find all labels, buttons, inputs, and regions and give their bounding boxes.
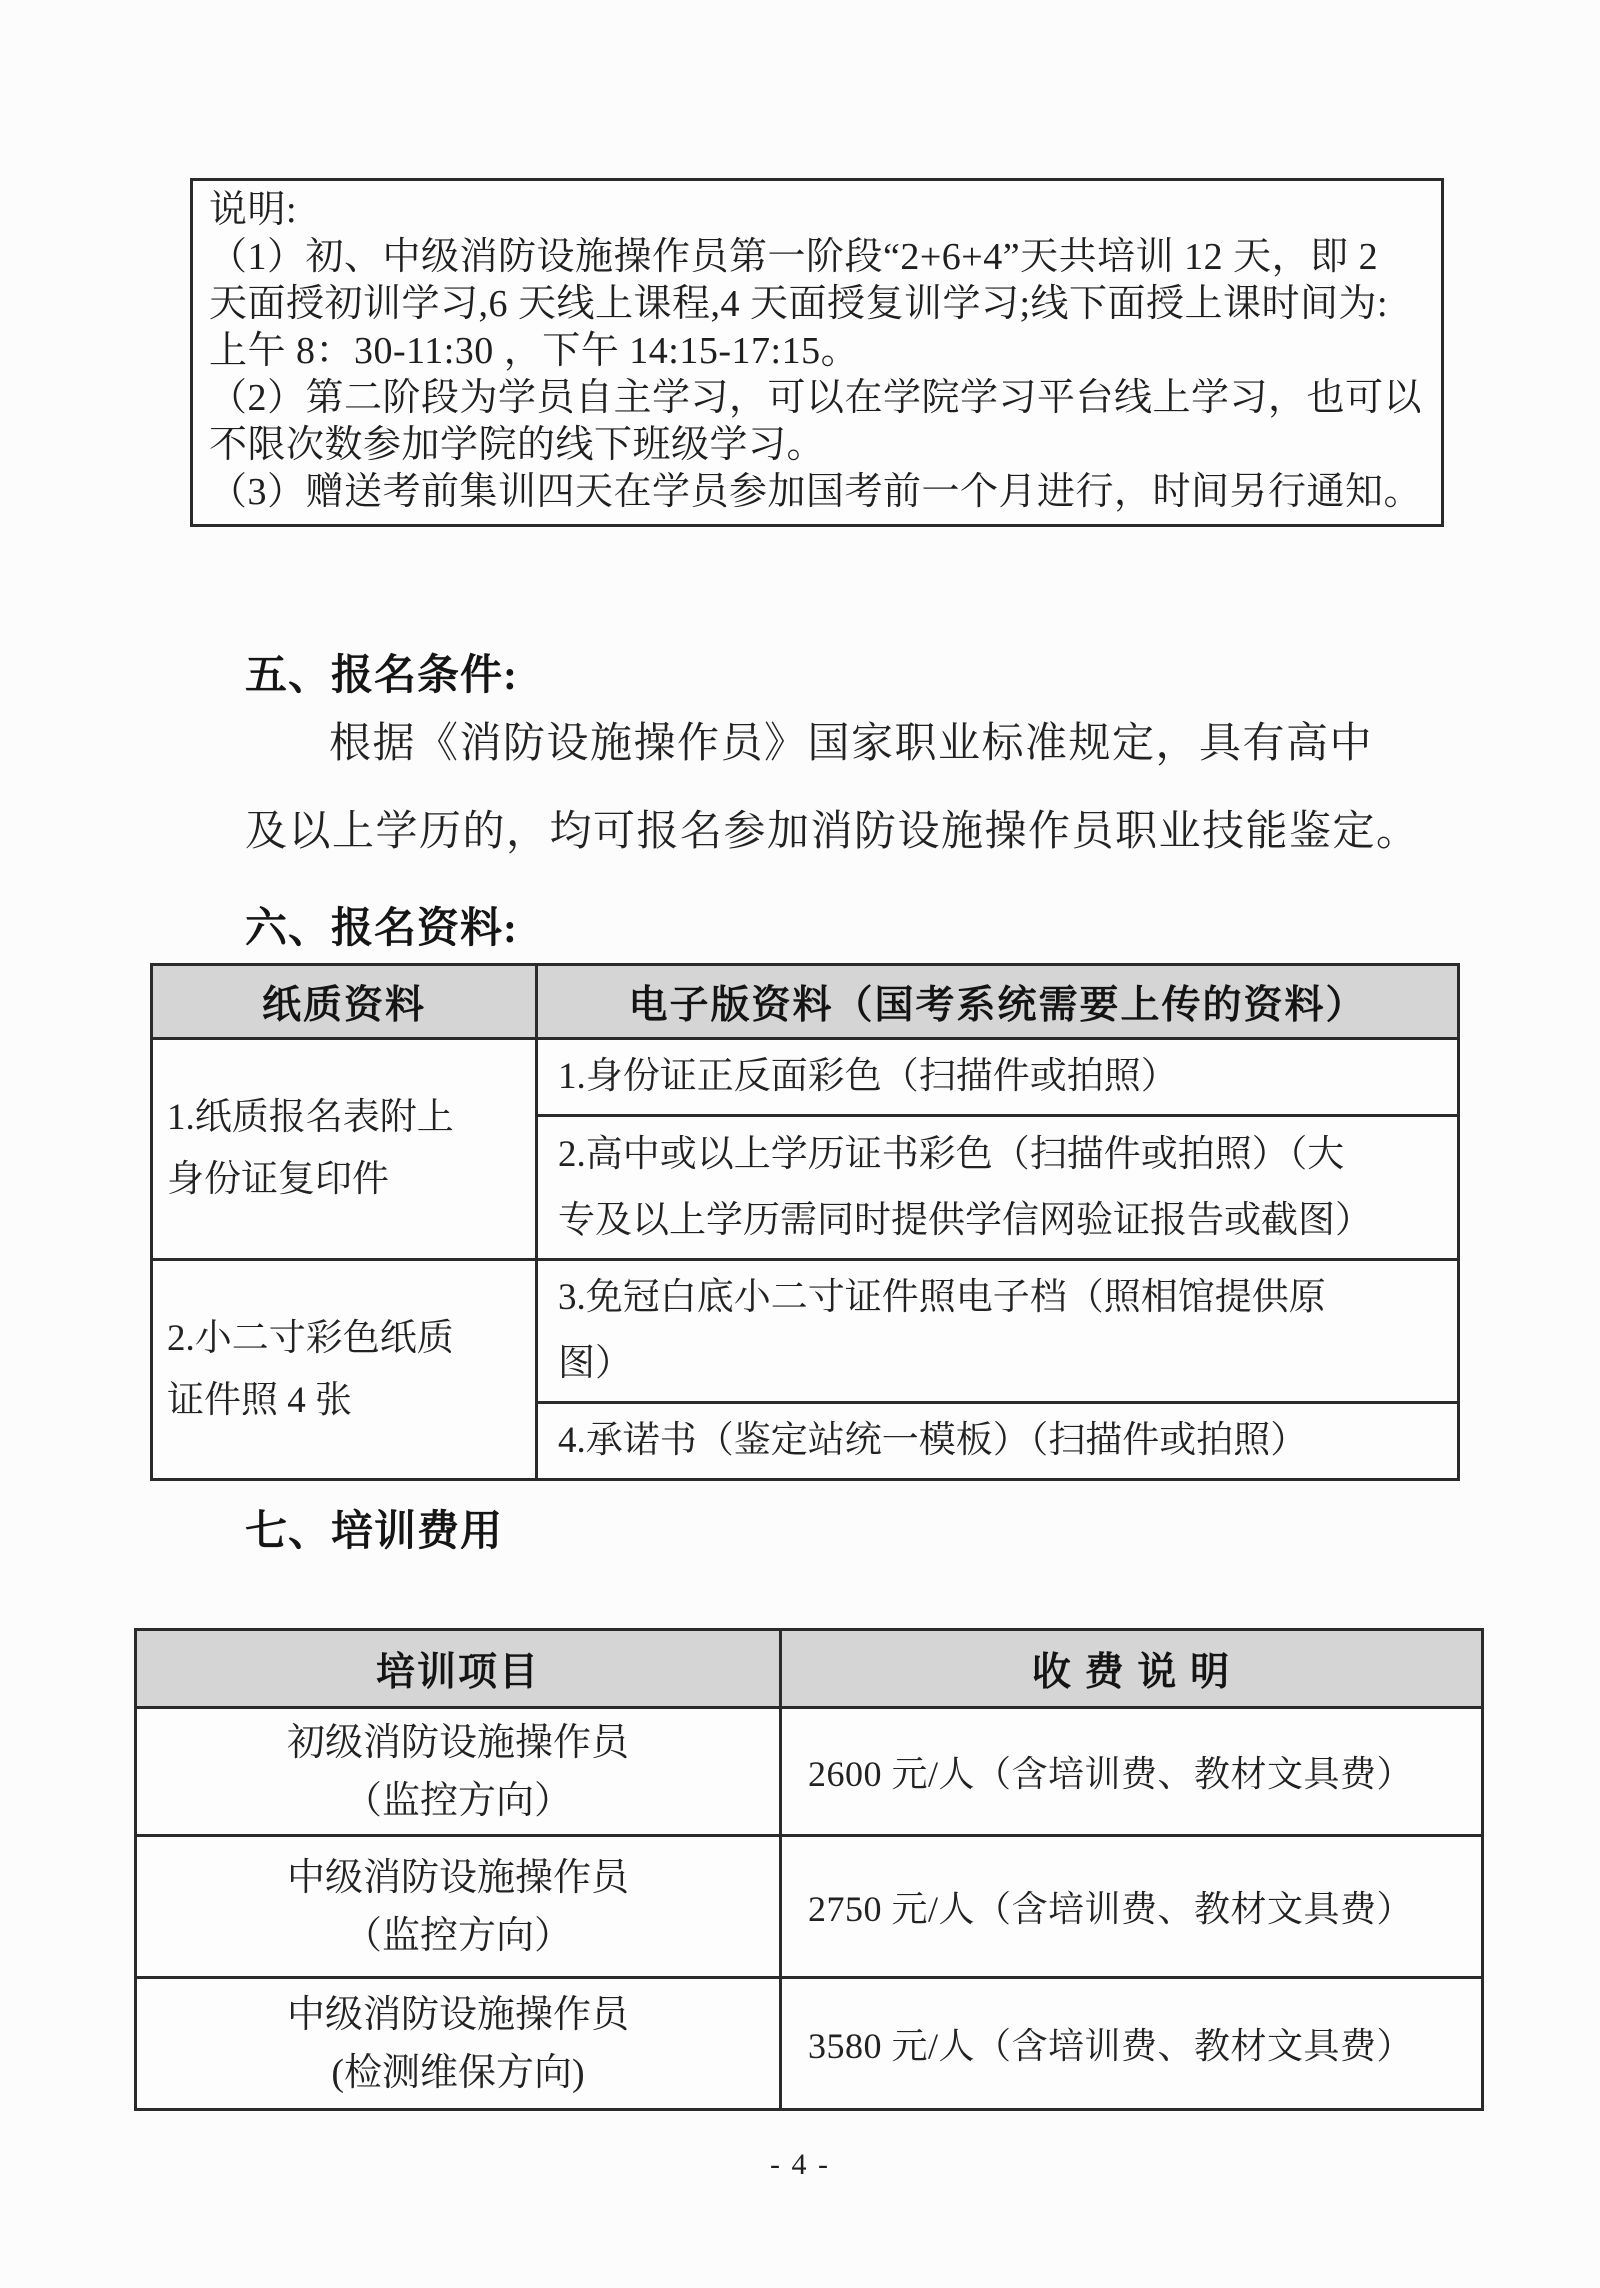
table-row: 中级消防设施操作员 （监控方向） 2750 元/人（含培训费、教材文具费）	[136, 1836, 1483, 1978]
t2-item-3-line-1: 中级消防设施操作员	[143, 1986, 773, 2044]
document-page: 说明: （1）初、中级消防设施操作员第一阶段“2+6+4”天共培训 12 天，即…	[0, 0, 1600, 2288]
t2-item-1: 初级消防设施操作员 （监控方向）	[136, 1708, 781, 1836]
t1-paper-item-1-line-1: 1.纸质报名表附上	[167, 1087, 527, 1149]
t1-paper-item-2: 2.小二寸彩色纸质 证件照 4 张	[152, 1260, 537, 1480]
t1-header-digital: 电子版资料（国考系统需要上传的资料）	[537, 965, 1459, 1039]
t1-digital-item-4: 4.承诺书（鉴定站统一模板）（扫描件或拍照）	[537, 1403, 1459, 1480]
note-line-title: 说明:	[209, 187, 1427, 234]
t1-digital-item-3-line-2: 图）	[558, 1331, 1451, 1397]
t2-item-2: 中级消防设施操作员 （监控方向）	[136, 1836, 781, 1978]
t1-digital-item-4-line-1: 4.承诺书（鉴定站统一模板）（扫描件或拍照）	[558, 1408, 1451, 1474]
table-row: 中级消防设施操作员 (检测维保方向) 3580 元/人（含培训费、教材文具费）	[136, 1978, 1483, 2110]
section-6-heading: 六、报名资料:	[245, 895, 518, 955]
notes-box: 说明: （1）初、中级消防设施操作员第一阶段“2+6+4”天共培训 12 天，即…	[190, 178, 1444, 527]
t1-digital-item-1-line-1: 1.身份证正反面彩色（扫描件或拍照）	[558, 1044, 1451, 1110]
table-row: 2.小二寸彩色纸质 证件照 4 张 3.免冠白底小二寸证件照电子档（照相馆提供原…	[152, 1260, 1459, 1403]
note-line-5: 不限次数参加学院的线下班级学习。	[209, 422, 1427, 469]
table-row: 初级消防设施操作员 （监控方向） 2600 元/人（含培训费、教材文具费）	[136, 1708, 1483, 1836]
t2-header-item: 培训项目	[136, 1630, 781, 1708]
training-fees-table: 培训项目 收 费 说 明 初级消防设施操作员 （监控方向） 2600 元/人（含…	[134, 1628, 1484, 2111]
section-5-heading: 五、报名条件:	[245, 642, 518, 702]
t1-digital-item-3-line-1: 3.免冠白底小二寸证件照电子档（照相馆提供原	[558, 1265, 1451, 1331]
note-line-3: 上午 8：30-11:30 ，下午 14:15-17:15。	[209, 328, 1427, 375]
t2-item-1-line-2: （监控方向）	[143, 1772, 773, 1830]
t1-digital-item-2: 2.高中或以上学历证书彩色（扫描件或拍照）（大 专及以上学历需同时提供学信网验证…	[537, 1116, 1459, 1260]
note-line-1: （1）初、中级消防设施操作员第一阶段“2+6+4”天共培训 12 天，即 2	[209, 234, 1427, 281]
t1-digital-item-3: 3.免冠白底小二寸证件照电子档（照相馆提供原 图）	[537, 1260, 1459, 1403]
registration-materials-table: 纸质资料 电子版资料（国考系统需要上传的资料） 1.纸质报名表附上 身份证复印件…	[150, 963, 1460, 1481]
t1-digital-item-1: 1.身份证正反面彩色（扫描件或拍照）	[537, 1039, 1459, 1116]
t2-header-fee: 收 费 说 明	[781, 1630, 1483, 1708]
t1-digital-item-2-line-1: 2.高中或以上学历证书彩色（扫描件或拍照）（大	[558, 1122, 1451, 1188]
note-line-2: 天面授初训学习,6 天线上课程,4 天面授复训学习;线下面授上课时间为:	[209, 281, 1427, 328]
t2-item-3: 中级消防设施操作员 (检测维保方向)	[136, 1978, 781, 2110]
t2-header-row: 培训项目 收 费 说 明	[136, 1630, 1483, 1708]
t2-item-2-line-1: 中级消防设施操作员	[143, 1849, 773, 1907]
table-row: 1.纸质报名表附上 身份证复印件 1.身份证正反面彩色（扫描件或拍照）	[152, 1039, 1459, 1116]
page-number: - 4 -	[0, 2148, 1600, 2182]
note-line-6: （3）赠送考前集训四天在学员参加国考前一个月进行，时间另行通知。	[209, 469, 1427, 516]
t2-item-2-line-2: （监控方向）	[143, 1907, 773, 1965]
t2-item-3-line-2: (检测维保方向)	[143, 2044, 773, 2102]
t1-header-paper: 纸质资料	[152, 965, 537, 1039]
note-line-4: （2）第二阶段为学员自主学习，可以在学院学习平台线上学习，也可以	[209, 375, 1427, 422]
t1-header-row: 纸质资料 电子版资料（国考系统需要上传的资料）	[152, 965, 1459, 1039]
t2-item-1-line-1: 初级消防设施操作员	[143, 1714, 773, 1772]
t1-paper-item-2-line-2: 证件照 4 张	[167, 1370, 527, 1432]
section-5-paragraph-line-2: 及以上学历的，均可报名参加消防设施操作员职业技能鉴定。	[245, 806, 1420, 858]
t2-fee-2: 2750 元/人（含培训费、教材文具费）	[781, 1836, 1483, 1978]
t2-fee-3: 3580 元/人（含培训费、教材文具费）	[781, 1978, 1483, 2110]
t1-paper-item-1-line-2: 身份证复印件	[167, 1149, 527, 1211]
section-7-heading: 七、培训费用	[245, 1498, 503, 1558]
t2-fee-1: 2600 元/人（含培训费、教材文具费）	[781, 1708, 1483, 1836]
section-5-paragraph-line-1: 根据《消防设施操作员》国家职业标准规定，具有高中	[329, 718, 1373, 770]
t1-paper-item-2-line-1: 2.小二寸彩色纸质	[167, 1308, 527, 1370]
t1-digital-item-2-line-2: 专及以上学历需同时提供学信网验证报告或截图）	[558, 1188, 1451, 1254]
t1-paper-item-1: 1.纸质报名表附上 身份证复印件	[152, 1039, 537, 1260]
